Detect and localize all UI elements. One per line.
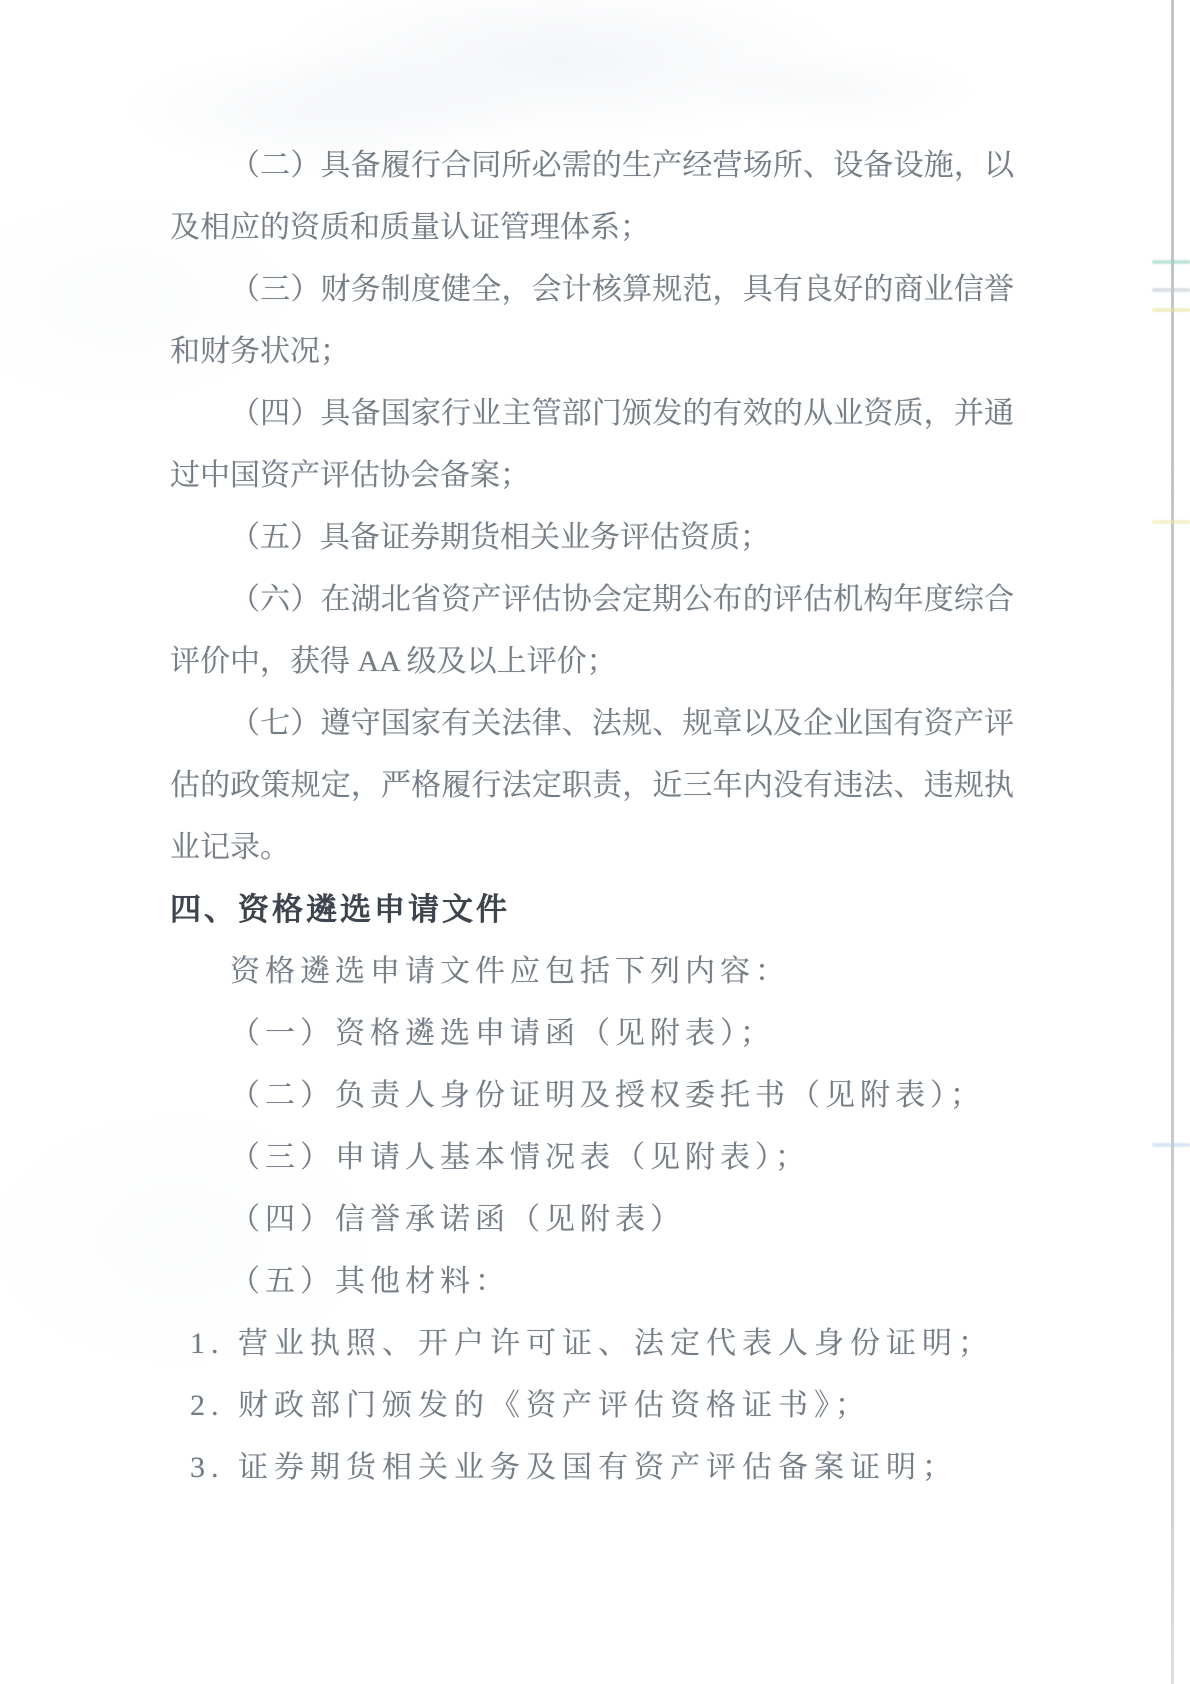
text-line: 2. 财政部门颁发的《资产评估资格证书》； [170, 1375, 1014, 1437]
text-line: 3. 证券期货相关业务及国有资产评估备案证明； [170, 1437, 1014, 1499]
text-line: （一）资格遴选申请函（见附表）； [170, 1003, 1014, 1065]
document-text: （二）具备履行合同所必需的生产经营场所、设备设施，以及相应的资质和质量认证管理体… [170, 135, 1014, 1499]
text-line: （六）在湖北省资产评估协会定期公布的评估机构年度综合 [170, 569, 1014, 631]
text-line: （三）申请人基本情况表（见附表）； [170, 1127, 1014, 1189]
text-line: 估的政策规定，严格履行法定职责，近三年内没有违法、违规执 [170, 755, 1014, 817]
text-line: （四）具备国家行业主管部门颁发的有效的从业资质，并通 [170, 383, 1014, 445]
text-line: （七）遵守国家有关法律、法规、规章以及企业国有资产评 [170, 693, 1014, 755]
scan-tick [1152, 260, 1190, 264]
text-line: （四）信誉承诺函（见附表） [170, 1189, 1014, 1251]
scanned-document-page: { "page": { "background_color": "#ffffff… [0, 0, 1190, 1684]
scan-tick [1152, 308, 1190, 312]
text-line: 1. 营业执照、开户许可证、法定代表人身份证明； [170, 1313, 1014, 1375]
scan-tick [1152, 1143, 1190, 1147]
text-line: （二）负责人身份证明及授权委托书（见附表）； [170, 1065, 1014, 1127]
scan-tick [1152, 520, 1190, 524]
text-line: 和财务状况； [170, 321, 1014, 383]
text-line: 评价中，获得 AA 级及以上评价； [170, 631, 1014, 693]
text-line: （五）其他材料： [170, 1251, 1014, 1313]
section-heading: 四、资格遴选申请文件 [170, 879, 1014, 941]
text-line: （三）财务制度健全，会计核算规范，具有良好的商业信誉 [170, 259, 1014, 321]
text-line: （五）具备证券期货相关业务评估资质； [170, 507, 1014, 569]
page-edge-line [1171, 0, 1174, 1684]
text-line: 过中国资产评估协会备案； [170, 445, 1014, 507]
text-line: 资格遴选申请文件应包括下列内容： [170, 941, 1014, 1003]
scan-tick [1152, 288, 1190, 292]
text-line: （二）具备履行合同所必需的生产经营场所、设备设施，以 [170, 135, 1014, 197]
text-line: 及相应的资质和质量认证管理体系； [170, 197, 1014, 259]
text-line: 业记录。 [170, 817, 1014, 879]
